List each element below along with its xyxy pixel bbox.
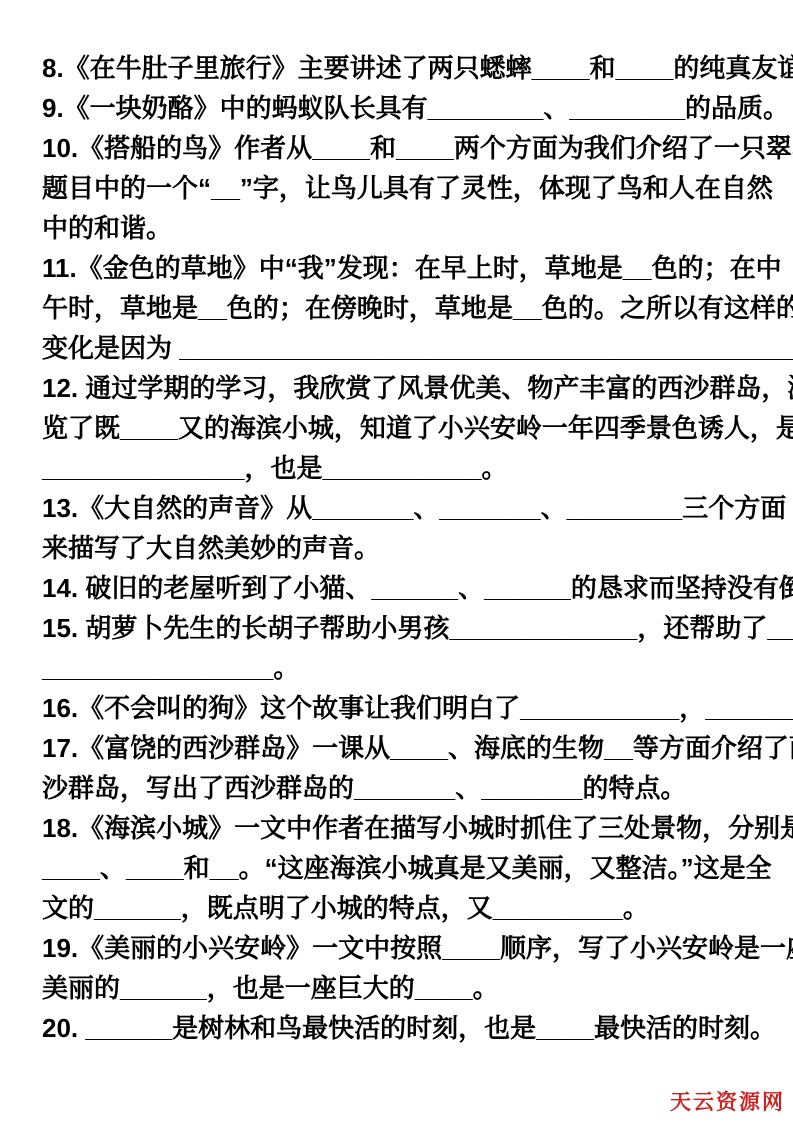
question-18-line-2: ____、____和__。“这座海滨小城真是又美丽，又整洁。”这是全 — [42, 848, 779, 888]
question-8: 8.《在牛肚子里旅行》主要讲述了两只蟋蟀____和____的纯真友谊。 — [42, 48, 779, 88]
question-9: 9.《一块奶酪》中的蚂蚁队长具有________、________的品质。 — [42, 88, 779, 128]
question-10-line-1: 10.《搭船的鸟》作者从____和____两个方面为我们介绍了一只翠鸟。 — [42, 128, 779, 168]
question-18-line-3: 文的______，既点明了小城的特点，又_________。 — [42, 888, 779, 928]
question-13: 13.《大自然的声音》从_______、_______、________三个方面… — [42, 488, 779, 568]
question-15-line-2: ________________。 — [42, 648, 779, 688]
question-16: 16.《不会叫的狗》这个故事让我们明白了___________，________… — [42, 688, 779, 728]
question-19-line-2: 美丽的______，也是一座巨大的____。 — [42, 968, 779, 1008]
question-18-line-1: 18.《海滨小城》一文中作者在描写小城时抓住了三处景物，分别是 — [42, 808, 779, 848]
question-10: 10.《搭船的鸟》作者从____和____两个方面为我们介绍了一只翠鸟。 题目中… — [42, 128, 779, 248]
question-10-line-2: 题目中的一个“__”字，让鸟儿具有了灵性，体现了鸟和人在自然 — [42, 168, 779, 208]
question-11-line-3: 变化是因为 __________________________________… — [42, 328, 779, 368]
question-17-line-1: 17.《富饶的西沙群岛》一课从____、海底的生物__等方面介绍了西 — [42, 728, 779, 768]
question-19-line-1: 19.《美丽的小兴安岭》一文中按照____顺序，写了小兴安岭是一座 — [42, 928, 779, 968]
question-10-line-3: 中的和谐。 — [42, 208, 779, 248]
question-20-line-1: 20. ______是树林和鸟最快活的时刻，也是____最快活的时刻。 — [42, 1008, 779, 1048]
question-11-line-2: 午时，草地是__色的；在傍晚时，草地是__色的。之所以有这样的 — [42, 288, 779, 328]
question-14-line-1: 14. 破旧的老屋听到了小猫、______、______的恳求而坚持没有倒下。 — [42, 568, 779, 608]
question-list: 8.《在牛肚子里旅行》主要讲述了两只蟋蟀____和____的纯真友谊。 9.《一… — [42, 48, 779, 1048]
worksheet-page: 8.《在牛肚子里旅行》主要讲述了两只蟋蟀____和____的纯真友谊。 9.《一… — [0, 0, 793, 1122]
question-13-line-2: 来描写了大自然美妙的声音。 — [42, 528, 779, 568]
question-15-line-1: 15. 胡萝卜先生的长胡子帮助小男孩_____________，还帮助了____ — [42, 608, 779, 648]
question-19: 19.《美丽的小兴安岭》一文中按照____顺序，写了小兴安岭是一座 美丽的___… — [42, 928, 779, 1008]
question-12-line-2: 览了既____又的海滨小城，知道了小兴安岭一年四季景色诱人，是 — [42, 408, 779, 448]
question-12-line-1: 12. 通过学期的学习，我欣赏了风景优美、物产丰富的西沙群岛，游 — [42, 368, 779, 408]
question-14: 14. 破旧的老屋听到了小猫、______、______的恳求而坚持没有倒下。 — [42, 568, 779, 608]
question-9-line-1: 9.《一块奶酪》中的蚂蚁队长具有________、________的品质。 — [42, 88, 779, 128]
question-17: 17.《富饶的西沙群岛》一课从____、海底的生物__等方面介绍了西 沙群岛，写… — [42, 728, 779, 808]
question-18: 18.《海滨小城》一文中作者在描写小城时抓住了三处景物，分别是 ____、___… — [42, 808, 779, 928]
question-12: 12. 通过学期的学习，我欣赏了风景优美、物产丰富的西沙群岛，游 览了既____… — [42, 368, 779, 488]
question-17-line-2: 沙群岛，写出了西沙群岛的_______、_______的特点。 — [42, 768, 779, 808]
question-15: 15. 胡萝卜先生的长胡子帮助小男孩_____________，还帮助了____… — [42, 608, 779, 688]
question-20: 20. ______是树林和鸟最快活的时刻，也是____最快活的时刻。 — [42, 1008, 779, 1048]
question-13-line-1: 13.《大自然的声音》从_______、_______、________三个方面 — [42, 488, 779, 528]
question-11-line-1: 11.《金色的草地》中“我”发现：在早上时，草地是__色的；在中 — [42, 248, 779, 288]
watermark: 天云资源网 — [670, 1086, 785, 1116]
question-8-line-1: 8.《在牛肚子里旅行》主要讲述了两只蟋蟀____和____的纯真友谊。 — [42, 48, 779, 88]
question-12-line-3: ______________，也是___________。 — [42, 448, 779, 488]
question-16-line-1: 16.《不会叫的狗》这个故事让我们明白了___________，________… — [42, 688, 779, 728]
question-11: 11.《金色的草地》中“我”发现：在早上时，草地是__色的；在中 午时，草地是_… — [42, 248, 779, 368]
